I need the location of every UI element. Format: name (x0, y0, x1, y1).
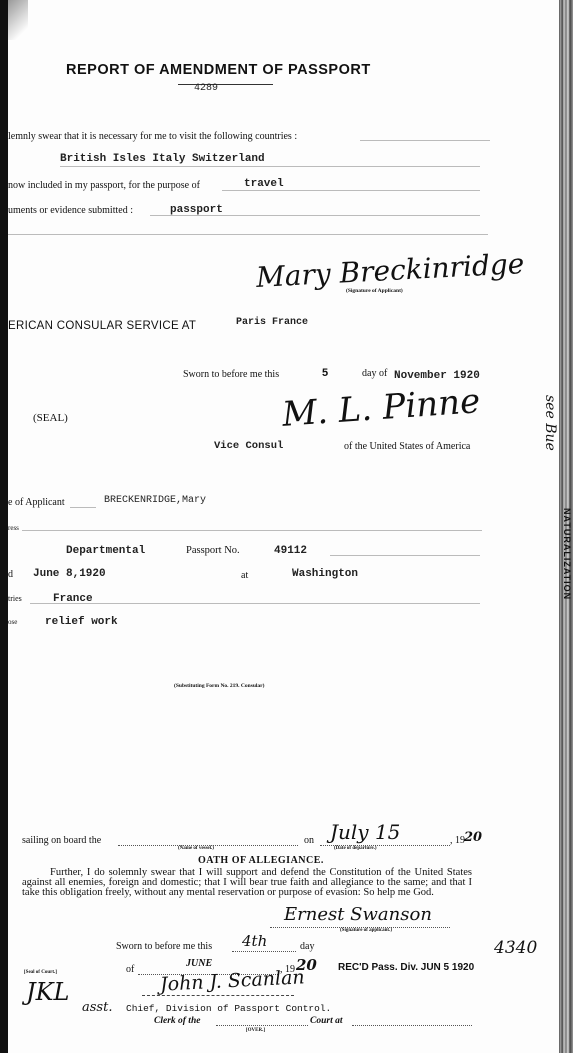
day-label: day (300, 941, 314, 952)
address-label: ress (8, 524, 19, 532)
rule (30, 603, 480, 604)
at-label: at (241, 570, 248, 581)
rule (330, 555, 480, 556)
issuer-value: Departmental (66, 545, 145, 557)
sworn-day-2: 4th (242, 932, 267, 950)
passport-no-value: 49112 (274, 545, 307, 557)
title-underline (178, 84, 273, 85)
applicant-name-value: BRECKENRIDGE,Mary (104, 495, 206, 506)
court-location-line (352, 1025, 472, 1026)
oath-signature-caption: (Signature of applicant.) (340, 928, 392, 933)
naturalization-stamp: NATURALIZATION (562, 508, 572, 600)
over-label: [OVER.] (246, 1028, 265, 1033)
court-seal-label: [Seal of Court.] (24, 970, 57, 975)
margin-handwritten-note: see Bue (542, 395, 558, 451)
clerk-title: Chief, Division of Passport Control. (126, 1003, 331, 1014)
substituting-note: (Substituting Form No. 219. Consular) (174, 683, 264, 689)
applicant-signature: Mary Breckinridge (255, 247, 525, 294)
day-of-label: day of (362, 368, 387, 379)
consular-location: Paris France (236, 317, 308, 328)
rule (222, 190, 480, 191)
departure-value: July 15 (330, 820, 400, 844)
document-page: REPORT OF AMENDMENT OF PASSPORT 4289 lem… (0, 0, 573, 1053)
sworn-label-2: Sworn to before me this (116, 941, 212, 952)
rule (60, 166, 480, 167)
rule (360, 140, 490, 141)
issued-place-value: Washington (292, 568, 358, 580)
rule (22, 530, 482, 531)
purpose-value: travel (244, 178, 284, 190)
document-title: REPORT OF AMENDMENT OF PASSPORT (66, 62, 371, 78)
sworn-month: JUNE (186, 958, 212, 969)
form-number: 4289 (194, 83, 218, 94)
official-title: Vice Consul (214, 440, 283, 452)
on-label: on (304, 835, 314, 846)
page-corner-shadow (8, 0, 28, 40)
oath-signature: Ernest Swanson (284, 904, 432, 925)
initials-signature: JKL (26, 978, 70, 1006)
year-value: 20 (464, 830, 482, 845)
sworn-day: 5 (322, 367, 328, 379)
rule (70, 507, 96, 508)
official-country-label: of the United States of America (344, 441, 470, 452)
swear-label: lemnly swear that it is necessary for me… (8, 131, 297, 142)
rule (8, 234, 488, 235)
oath-text: Further, I do solemnly swear that I will… (22, 868, 472, 898)
vessel-caption: (Name of vessel.) (178, 846, 214, 851)
consul-signature: M. L. Pinne (281, 381, 482, 435)
clerk-signature-line (142, 995, 294, 996)
asst-note: asst. (82, 1000, 112, 1015)
passport-no-label: Passport No. (186, 545, 240, 556)
applicant-signature-caption: (Signature of Applicant) (346, 288, 403, 294)
clerk-signature: John J. Scanlan (160, 966, 306, 996)
sworn-label: Sworn to before me this (183, 369, 279, 380)
included-label: now included in my passport, for the pur… (8, 180, 200, 191)
sailing-label: sailing on board the (22, 835, 101, 846)
page-binding-edge (0, 0, 8, 1053)
departure-caption: (Date of departure.) (334, 846, 377, 851)
passport-purpose-value: relief work (45, 616, 118, 628)
sworn-day-line (232, 951, 296, 952)
seal-label: (SEAL) (33, 412, 68, 424)
received-stamp: REC'D Pass. Div. JUN 5 1920 (338, 962, 474, 973)
issued-date-value: June 8,1920 (33, 568, 106, 580)
of-label: of (126, 964, 134, 975)
applicant-name-label: e of Applicant (8, 497, 65, 508)
clerk-of-label: Clerk of the (154, 1016, 200, 1026)
consular-service-label: ERICAN CONSULAR SERVICE AT (8, 320, 196, 332)
clerk-court-line (216, 1025, 308, 1026)
issued-label: d (8, 569, 13, 580)
year-prefix: , 19 (450, 835, 465, 846)
countries-label: tries (8, 594, 22, 603)
court-at-label: Court at (310, 1016, 342, 1026)
stamp-number: 4340 (494, 938, 537, 958)
sworn-month-year: November 1920 (394, 370, 480, 382)
oath-heading: OATH OF ALLEGIANCE. (198, 855, 324, 866)
rule (150, 215, 480, 216)
countries-value: British Isles Italy Switzerland (60, 153, 265, 165)
purpose-label: ose (8, 618, 17, 626)
documents-label: uments or evidence submitted : (8, 205, 133, 216)
